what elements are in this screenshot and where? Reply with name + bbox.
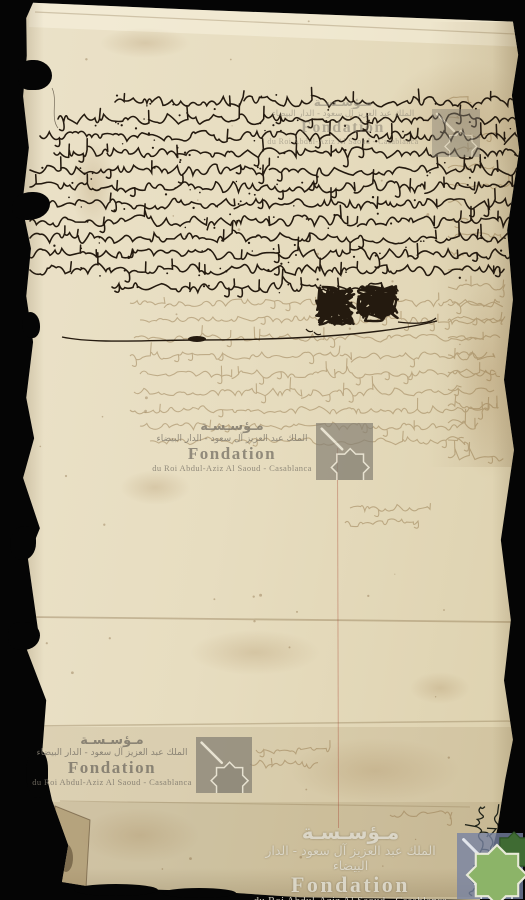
ink-blob bbox=[18, 60, 52, 90]
watermark-text: مـؤسـسـة الملك عبد العزيز آل سعود - الدا… bbox=[32, 734, 192, 787]
foundation-stamp-icon bbox=[432, 109, 480, 157]
foundation-name-french: Fondation bbox=[152, 445, 312, 463]
foundation-name-arabic: مـؤسـسـة bbox=[258, 96, 428, 109]
foundation-name-arabic: مـؤسـسـة bbox=[248, 822, 453, 843]
ink-blob bbox=[10, 526, 36, 560]
ink-blob bbox=[162, 888, 236, 898]
foundation-name-french: Fondation bbox=[248, 873, 453, 896]
ink-blob bbox=[22, 312, 40, 338]
star-icon-green bbox=[464, 842, 525, 900]
paper-stain bbox=[450, 280, 525, 480]
foundation-subtitle-french: du Roi Abdul-Aziz Al Saoud - Casablanca bbox=[32, 777, 192, 787]
watermark-fondation-middle: مـؤسـسـة الملك عبد العزيز آل سعود - الدا… bbox=[152, 420, 373, 480]
watermark-fondation-top: مـؤسـسـة الملك عبد العزيز آل سعود - الدا… bbox=[258, 96, 480, 157]
foundation-subtitle-french: du Roi Abdul-Aziz Al Saoud - Casablanca bbox=[152, 463, 312, 473]
foundation-name-french: Fondation bbox=[32, 759, 192, 777]
ink-blob bbox=[74, 884, 158, 896]
foundation-stamp-icon bbox=[196, 737, 252, 793]
foundation-subtitle-arabic: الملك عبد العزيز آل سعود - الدار البيضاء bbox=[258, 109, 428, 119]
watermark-fondation-lower-left: مـؤسـسـة الملك عبد العزيز آل سعود - الدا… bbox=[32, 734, 252, 793]
watermark-text: مـؤسـسـة الملك عبد العزيز آل سعود - الدا… bbox=[258, 96, 428, 147]
paper-stain bbox=[70, 140, 115, 230]
paper-stain bbox=[290, 738, 460, 803]
watermark-text: مـؤسـسـة الملك عبد العزيز آل سعود - الدا… bbox=[248, 822, 453, 900]
foundation-stamp-icon bbox=[316, 423, 373, 480]
foundation-subtitle-arabic: الملك عبد العزيز آل سعود - الدار البيضاء bbox=[248, 843, 453, 873]
foundation-subtitle-french: du Roi Abdul-Aziz Al Saoud - Casablanca bbox=[258, 137, 428, 147]
watermark-text: مـؤسـسـة الملك عبد العزيز آل سعود - الدا… bbox=[152, 420, 312, 473]
foundation-name-arabic: مـؤسـسـة bbox=[32, 734, 192, 748]
foundation-name-arabic: مـؤسـسـة bbox=[152, 420, 312, 434]
paper-stain bbox=[190, 630, 320, 675]
paper-stain bbox=[80, 808, 200, 863]
paper-stain bbox=[100, 28, 190, 58]
photo-background: مـؤسـسـة الملك عبد العزيز آل سعود - الدا… bbox=[0, 0, 525, 900]
foundation-name-french: Fondation bbox=[258, 119, 428, 137]
foundation-subtitle-french: du Roi Abdul-Aziz Al Saoud - Casablanca bbox=[248, 896, 453, 900]
paper-stain bbox=[410, 672, 470, 704]
